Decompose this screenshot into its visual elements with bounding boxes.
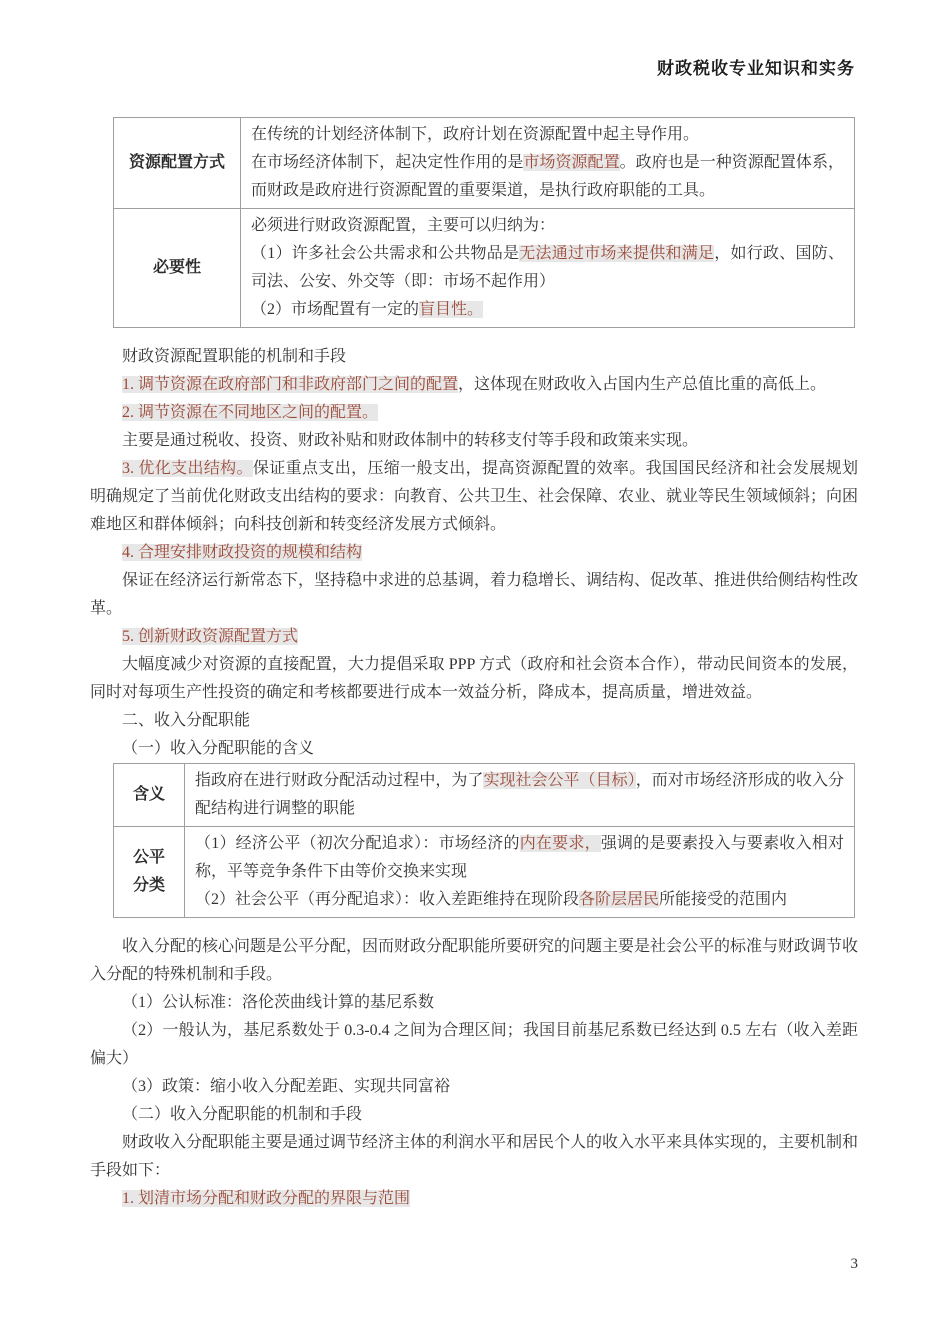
- cell-paragraph: （2）市场配置有一定的盲目性。: [251, 296, 844, 324]
- text-run: （2）一般认为，基尼系数处于 0.3-0.4 之间为合理区间；我国目前基尼系数已…: [90, 1022, 858, 1067]
- table-row: 必要性 必须进行财政资源配置，主要可以归纳为： （1）许多社会公共需求和公共物品…: [114, 209, 855, 328]
- text-run: 所能接受的范围内: [659, 891, 787, 908]
- page-header-title: 财政税收专业知识和实务: [657, 54, 855, 79]
- row-label: 公平分类: [114, 827, 185, 918]
- row-label: 含义: [114, 764, 185, 827]
- income-distribution-table: 含义 指政府在进行财政分配活动过程中，为了实现社会公平（目标），而对市场经济形成…: [113, 763, 855, 918]
- subsection-heading-2-1: （一）收入分配职能的含义: [90, 735, 858, 763]
- text-run: （1）经济公平（初次分配追求）：市场经济的: [195, 835, 520, 852]
- row-content: 指政府在进行财政分配活动过程中，为了实现社会公平（目标），而对市场经济形成的收入…: [185, 764, 855, 827]
- highlighted-text: 实现社会公平（目标）: [483, 772, 635, 789]
- highlighted-text: 无法通过市场来提供和满足: [519, 245, 714, 262]
- text-run: （1）许多社会公共需求和公共物品是: [251, 245, 519, 262]
- highlighted-heading: 1. 划清市场分配和财政分配的界限与范围: [122, 1190, 410, 1207]
- row-content: 必须进行财政资源配置，主要可以归纳为： （1）许多社会公共需求和公共物品是无法通…: [241, 209, 855, 328]
- text-run: 二、收入分配职能: [122, 712, 250, 729]
- cell-paragraph: （1）许多社会公共需求和公共物品是无法通过市场来提供和满足，如行政、国防、司法、…: [251, 240, 844, 296]
- text-run: （二）收入分配职能的机制和手段: [122, 1106, 362, 1123]
- text-run: 必须进行财政资源配置，主要可以归纳为：: [251, 217, 555, 234]
- subsection-heading-2-2: （二）收入分配职能的机制和手段: [90, 1101, 858, 1129]
- section-heading-2: 二、收入分配职能: [90, 707, 858, 735]
- text-run: 指政府在进行财政分配活动过程中，为了: [195, 772, 483, 789]
- table-row: 含义 指政府在进行财政分配活动过程中，为了实现社会公平（目标），而对市场经济形成…: [114, 764, 855, 827]
- row-content: （1）经济公平（初次分配追求）：市场经济的内在要求，强调的是要素投入与要素收入相…: [185, 827, 855, 918]
- text-run: （2）市场配置有一定的: [251, 301, 419, 318]
- highlighted-heading: 5. 创新财政资源配置方式: [122, 628, 298, 645]
- list-item-1: （1）公认标准：洛伦茨曲线计算的基尼系数: [90, 989, 858, 1017]
- text-run: （2）社会公平（再分配追求）：收入差距维持在现阶段: [195, 891, 579, 908]
- list-item-3: （3）政策：缩小收入分配差距、实现共同富裕: [90, 1073, 858, 1101]
- text-run: 收入分配的核心问题是公平分配，因而财政分配职能所要研究的问题主要是社会公平的标准…: [90, 938, 858, 983]
- page-number: 3: [851, 1256, 859, 1273]
- body-paragraph: 保证在经济运行新常态下，坚持稳中求进的总基调，着力稳增长、调结构、促改革、推进供…: [90, 567, 858, 623]
- highlighted-text: 市场资源配置: [523, 154, 619, 171]
- text-run: 主要是通过税收、投资、财政补贴和财政体制中的转移支付等手段和政策来实现。: [122, 432, 698, 449]
- text-run: 财政资源配置职能的机制和手段: [122, 348, 346, 365]
- numbered-point-income-1: 1. 划清市场分配和财政分配的界限与范围: [90, 1185, 858, 1213]
- highlighted-heading: 3. 优化支出结构。: [122, 460, 253, 477]
- row-label: 必要性: [114, 209, 241, 328]
- cell-paragraph: 在市场经济体制下，起决定性作用的是市场资源配置。政府也是一种资源配置体系，而财政…: [251, 149, 844, 205]
- row-content: 在传统的计划经济体制下，政府计划在资源配置中起主导作用。 在市场经济体制下，起决…: [241, 118, 855, 209]
- numbered-point-2: 2. 调节资源在不同地区之间的配置。: [90, 399, 858, 427]
- highlighted-text: 盲目性。: [419, 301, 483, 318]
- page-content: 资源配置方式 在传统的计划经济体制下，政府计划在资源配置中起主导作用。 在市场经…: [90, 117, 858, 1213]
- cell-paragraph: 在传统的计划经济体制下，政府计划在资源配置中起主导作用。: [251, 121, 844, 149]
- text-run: （3）政策：缩小收入分配差距、实现共同富裕: [122, 1078, 450, 1095]
- document-page: 财政税收专业知识和实务 资源配置方式 在传统的计划经济体制下，政府计划在资源配置…: [0, 0, 950, 1333]
- text-run: 财政收入分配职能主要是通过调节经济主体的利润水平和居民个人的收入水平来具体实现的…: [90, 1134, 858, 1179]
- list-item-2: （2）一般认为，基尼系数处于 0.3-0.4 之间为合理区间；我国目前基尼系数已…: [90, 1017, 858, 1073]
- table-row: 公平分类 （1）经济公平（初次分配追求）：市场经济的内在要求，强调的是要素投入与…: [114, 827, 855, 918]
- row-label: 资源配置方式: [114, 118, 241, 209]
- body-paragraph: 收入分配的核心问题是公平分配，因而财政分配职能所要研究的问题主要是社会公平的标准…: [90, 933, 858, 989]
- text-run: （一）收入分配职能的含义: [122, 740, 314, 757]
- cell-paragraph: 必须进行财政资源配置，主要可以归纳为：: [251, 212, 844, 240]
- highlighted-text: 各阶层居民: [579, 891, 659, 908]
- cell-paragraph: 指政府在进行财政分配活动过程中，为了实现社会公平（目标），而对市场经济形成的收入…: [195, 767, 844, 823]
- numbered-point-5: 5. 创新财政资源配置方式: [90, 623, 858, 651]
- numbered-point-4: 4. 合理安排财政投资的规模和结构: [90, 539, 858, 567]
- body-paragraph: 大幅度减少对资源的直接配置，大力提倡采取 PPP 方式（政府和社会资本合作），带…: [90, 651, 858, 707]
- table-row: 资源配置方式 在传统的计划经济体制下，政府计划在资源配置中起主导作用。 在市场经…: [114, 118, 855, 209]
- highlighted-text: 内在要求，: [520, 835, 601, 852]
- cell-paragraph: （2）社会公平（再分配追求）：收入差距维持在现阶段各阶层居民所能接受的范围内: [195, 886, 844, 914]
- numbered-point-3: 3. 优化支出结构。保证重点支出，压缩一般支出，提高资源配置的效率。我国国民经济…: [90, 455, 858, 539]
- highlighted-heading: 2. 调节资源在不同地区之间的配置。: [122, 404, 378, 421]
- text-run: 在市场经济体制下，起决定性作用的是: [251, 154, 523, 171]
- text-run: 保证在经济运行新常态下，坚持稳中求进的总基调，着力稳增长、调结构、促改革、推进供…: [90, 572, 858, 617]
- numbered-point-1: 1. 调节资源在政府部门和非政府部门之间的配置，这体现在财政收入占国内生产总值比…: [90, 371, 858, 399]
- text-run: （1）公认标准：洛伦茨曲线计算的基尼系数: [122, 994, 434, 1011]
- section-intro: 财政资源配置职能的机制和手段: [90, 343, 858, 371]
- text-run: ，这体现在财政收入占国内生产总值比重的高低上。: [458, 376, 826, 393]
- text-run: 大幅度减少对资源的直接配置，大力提倡采取 PPP 方式（政府和社会资本合作），带…: [90, 656, 858, 701]
- highlighted-heading: 1. 调节资源在政府部门和非政府部门之间的配置: [122, 376, 458, 393]
- highlighted-heading: 4. 合理安排财政投资的规模和结构: [122, 544, 362, 561]
- cell-paragraph: （1）经济公平（初次分配追求）：市场经济的内在要求，强调的是要素投入与要素收入相…: [195, 830, 844, 886]
- body-paragraph: 主要是通过税收、投资、财政补贴和财政体制中的转移支付等手段和政策来实现。: [90, 427, 858, 455]
- text-run: 在传统的计划经济体制下，政府计划在资源配置中起主导作用。: [251, 126, 699, 143]
- resource-allocation-table: 资源配置方式 在传统的计划经济体制下，政府计划在资源配置中起主导作用。 在市场经…: [113, 117, 855, 328]
- body-paragraph: 财政收入分配职能主要是通过调节经济主体的利润水平和居民个人的收入水平来具体实现的…: [90, 1129, 858, 1185]
